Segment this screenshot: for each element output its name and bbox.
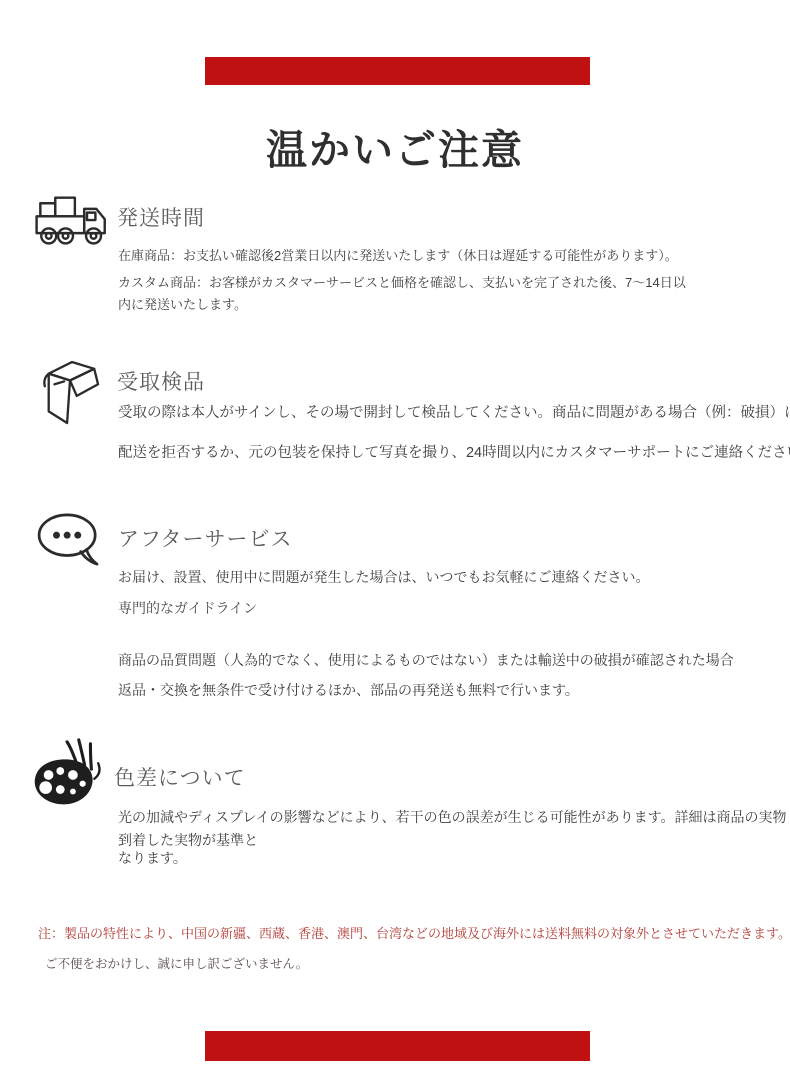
truck-icon [33,193,113,254]
body-line: 在庫商品：お支払い確認後2営業日以内に発送いたします（休日は遅延する可能性があり… [118,246,686,265]
top-accent-bar [205,57,590,85]
body-line: カスタム商品：お客様がカスタマーサービスと価格を確認し、支払いを完了された後、7… [118,273,686,292]
chat-bubble-icon [36,511,106,574]
section-body-color-difference: 光の加減やディスプレイの影響などにより、若干の色の誤差が生じる可能性があります。… [118,808,787,867]
body-line: 配送を拒否するか、元の包装を保持して写真を撮り、24時間以内にカスタマーサポート… [118,443,790,464]
body-line: 受取の際は本人がサインし、その場で開封して検品してください。商品に問題がある場合… [118,403,790,424]
body-line: 到着した実物が基準と [118,831,787,849]
palette-icon [30,736,110,815]
body-line-small: 専門的なガイドライン [118,599,734,618]
section-heading-inspection: 受取検品 [117,369,205,397]
box-icon [40,357,100,434]
notice-page: 温かいご注意 発送時間 在庫商品：お支払い確認後2営業日以内に発送いたします（休… [0,0,790,1078]
section-heading-color-difference: 色差について [114,765,246,793]
section-heading-after-service: アフターサービス [118,526,293,554]
body-line: なります。 [118,849,787,867]
footer-note-line-2: ご不便をおかけし、誠に申し訳ございません。 [45,954,308,972]
section-body-inspection: 受取の際は本人がサインし、その場で開封して検品してください。商品に問題がある場合… [118,403,790,464]
body-line: お届け、設置、使用中に問題が発生した場合は、いつでもお気軽にご連絡ください。 [118,568,734,587]
footer-note-line-1: 注：製品の特性により、中国の新疆、西蔵、香港、澳門、台湾などの地域及び海外には送… [38,923,790,942]
body-line: 返品・交換を無条件で受け付けるほか、部品の再発送も無料で行います。 [118,681,734,700]
body-line: 内に発送いたします。 [118,295,686,314]
body-line: 光の加減やディスプレイの影響などにより、若干の色の誤差が生じる可能性があります。… [118,808,787,826]
body-line: 商品の品質問題（人為的でなく、使用によるものではない）または輸送中の破損が確認さ… [118,651,734,670]
section-body-after-service: お届け、設置、使用中に問題が発生した場合は、いつでもお気軽にご連絡ください。 専… [118,568,734,700]
section-heading-shipping: 発送時間 [117,205,205,233]
page-title: 温かいご注意 [0,125,790,175]
section-body-shipping: 在庫商品：お支払い確認後2営業日以内に発送いたします（休日は遅延する可能性があり… [118,246,686,314]
bottom-accent-bar [205,1031,590,1061]
